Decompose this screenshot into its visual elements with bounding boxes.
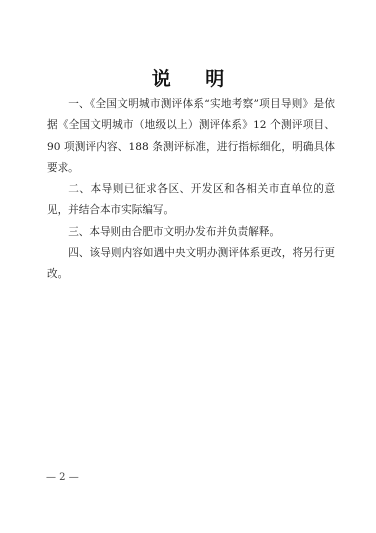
- paragraph-2: 二、本导则已征求各区、开发区和各相关市直单位的意见，并结合本市实际编写。: [47, 179, 335, 222]
- page-title: 说 明: [0, 64, 376, 91]
- paragraph-1: 一、《全国文明城市测评体系“实地考察”项目导则》是依据《全国文明城市（地级以上）…: [47, 94, 335, 179]
- paragraph-3: 三、本导则由合肥市文明办发布并负责解释。: [47, 222, 335, 243]
- paragraph-4: 四、该导则内容如遇中央文明办测评体系更改，将另行更改。: [47, 243, 335, 286]
- page-number: — 2 —: [46, 472, 79, 483]
- document-body: 一、《全国文明城市测评体系“实地考察”项目导则》是依据《全国文明城市（地级以上）…: [47, 94, 335, 286]
